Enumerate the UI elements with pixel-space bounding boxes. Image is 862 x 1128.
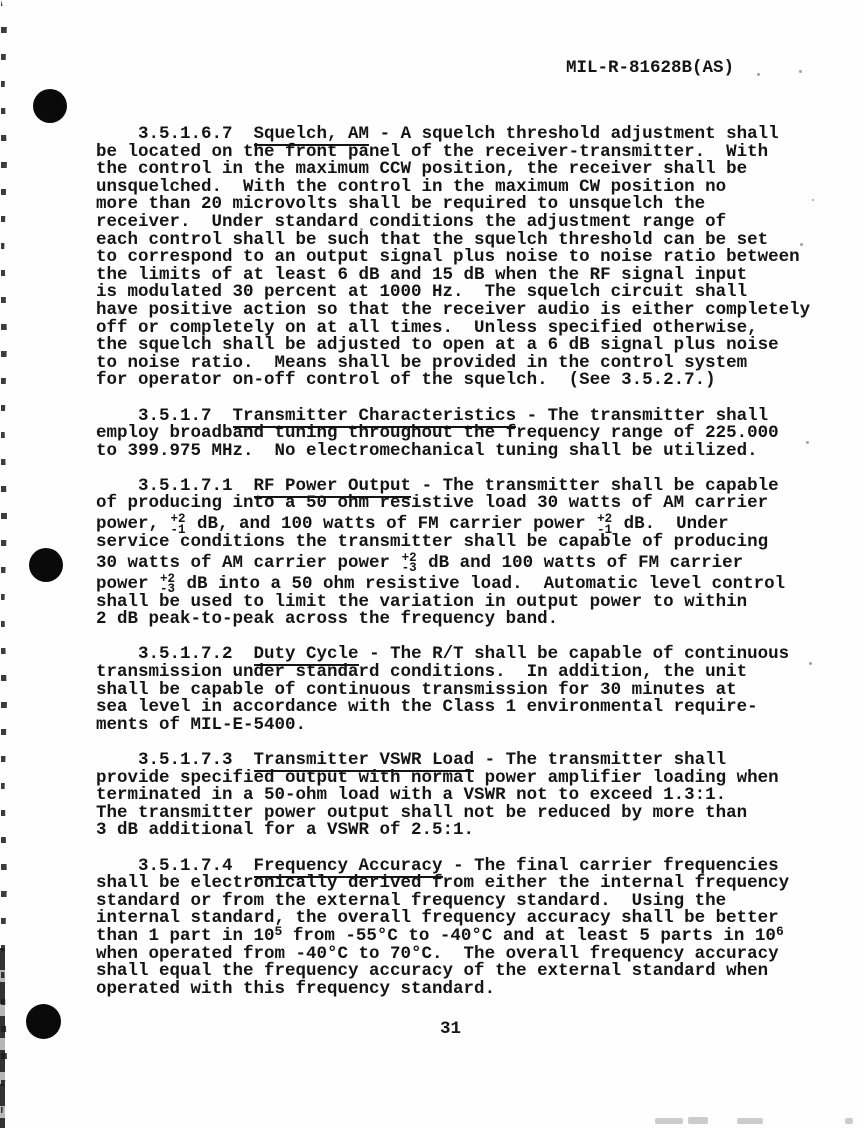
scan-speck: [809, 662, 812, 665]
scan-speck: [800, 243, 803, 246]
paragraph-transmitter-characteristics: 3.5.1.7 Transmitter Characteristics - Th…: [96, 408, 828, 461]
paragraph-squelch-am: 3.5.1.6.7 Squelch, AM - A squelch thresh…: [96, 126, 828, 390]
scan-speck: [812, 199, 814, 201]
hole-punch-bottom: [26, 1004, 61, 1039]
scan-speck: [806, 441, 809, 444]
page-number: 31: [440, 1019, 461, 1039]
scan-speck: [360, 228, 363, 231]
scan-smudge: [845, 1118, 853, 1124]
scan-speck: [799, 70, 802, 73]
paragraph-frequency-accuracy: 3.5.1.7.4 Frequency Accuracy - The final…: [96, 858, 828, 999]
hole-punch-top: [33, 89, 67, 123]
scan-edge-streak: [0, 948, 5, 1128]
paragraph-rf-power-output: 3.5.1.7.1 RF Power Output - The transmit…: [96, 478, 828, 629]
scan-smudge: [737, 1118, 763, 1124]
document-page: MIL-R-81628B(AS) 3.5.1.6.7 Squelch, AM -…: [0, 0, 862, 1128]
scan-speck: [757, 73, 760, 76]
document-number: MIL-R-81628B(AS): [566, 58, 734, 78]
paragraph-duty-cycle: 3.5.1.7.2 Duty Cycle - The R/T shall be …: [96, 646, 828, 734]
paragraph-transmitter-vswr-load: 3.5.1.7.3 Transmitter VSWR Load - The tr…: [96, 752, 828, 840]
scan-smudge: [655, 1118, 683, 1124]
scan-smudge: [688, 1117, 708, 1124]
scan-speck: [118, 311, 121, 314]
document-body: 3.5.1.6.7 Squelch, AM - A squelch thresh…: [96, 126, 828, 998]
hole-punch-middle: [29, 548, 63, 582]
